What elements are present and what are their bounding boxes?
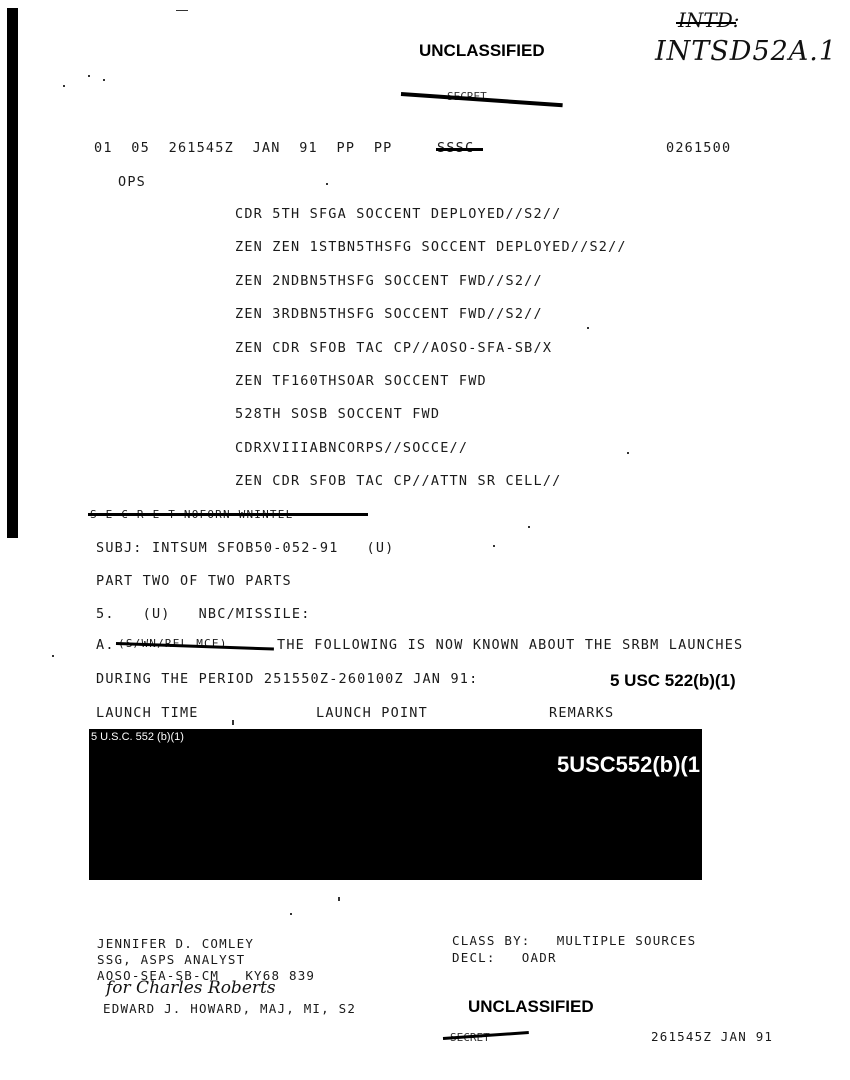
handwritten-note-struck: INTD: [678,8,740,32]
table-header-remarks: REMARKS [549,705,614,721]
part-line: PART TWO OF TWO PARTS [96,573,292,589]
redaction-label-large: 5USC552(b)(1 [557,752,700,778]
addressee-line: ZEN CDR SFOB TAC CP//AOSO-SFA-SB/X [235,340,552,356]
scan-speck [338,897,340,901]
scan-edge-bar [7,8,18,538]
scan-speck [63,85,65,87]
handwritten-signature: for Charles Roberts [106,978,276,998]
redaction-label-small: 5 U.S.C. 552 (b)(1) [91,731,184,743]
section-heading: 5. (U) NBC/MISSILE: [96,606,311,622]
addressee-line: CDRXVIIIABNCORPS//SOCCE// [235,440,468,456]
document-page: UNCLASSIFIED INTD: INTSD52A.1 SECRET 01 … [0,0,850,1080]
signer-title: SSG, ASPS ANALYST [97,952,245,967]
addressee-line: ZEN CDR SFOB TAC CP//ATTN SR CELL// [235,473,561,489]
scan-speck [627,452,629,454]
addressee-line: CDR 5TH SFGA SOCCENT DEPLOYED//S2// [235,206,561,222]
classification-stamp-top: UNCLASSIFIED [419,41,545,61]
footer-dtg: 261545Z JAN 91 [651,1029,773,1044]
handwritten-note-line2: INTSD52A.1 [655,36,837,67]
scan-speck [232,720,234,725]
class-by-line: CLASS BY: MULTIPLE SOURCES [452,933,696,948]
handwritten-strike [676,22,736,24]
office-code: OPS [118,174,146,190]
redaction-block: 5 U.S.C. 552 (b)(1) 5USC552(b)(1 [89,729,702,880]
scan-speck [290,913,292,915]
table-header-launch-point: LAUNCH POINT [316,705,428,721]
para-a-text: THE FOLLOWING IS NOW KNOWN ABOUT THE SRB… [277,637,743,653]
message-header-line: 01 05 261545Z JAN 91 PP PP [94,140,393,156]
para-a-line2: DURING THE PERIOD 251550Z-260100Z JAN 91… [96,671,478,687]
scan-speck [493,545,495,547]
approver-line: EDWARD J. HOWARD, MAJ, MI, S2 [103,1001,356,1016]
routing-code-strike [436,148,483,151]
subject-line: SUBJ: INTSUM SFOB50-052-91 (U) [96,540,395,556]
scan-speck [52,655,54,657]
scan-speck [528,526,530,528]
decl-line: DECL: OADR [452,950,557,965]
addressee-line: ZEN TF160THSOAR SOCCENT FWD [235,373,487,389]
addressee-line: ZEN 3RDBN5THSFG SOCCENT FWD//S2// [235,306,543,322]
addressee-line: 528TH SOSB SOCCENT FWD [235,406,440,422]
addressee-line: ZEN ZEN 1STBN5THSFG SOCCENT DEPLOYED//S2… [235,239,627,255]
message-serial: 0261500 [666,140,731,156]
scan-speck [176,10,188,11]
exemption-stamp: 5 USC 522(b)(1) [610,671,736,691]
scan-speck [103,79,105,81]
scan-speck [88,75,90,77]
handwritten-note-line1: INTD: [678,8,740,32]
caveat-strike [88,513,368,516]
para-a-prefix: A. [96,637,115,653]
scan-speck [326,183,328,185]
table-header-launch-time: LAUNCH TIME [96,705,199,721]
addressee-line: ZEN 2NDBN5THSFG SOCCENT FWD//S2// [235,273,543,289]
classification-stamp-bottom: UNCLASSIFIED [468,997,594,1017]
scan-speck [587,327,589,329]
signer-name: JENNIFER D. COMLEY [97,936,254,951]
